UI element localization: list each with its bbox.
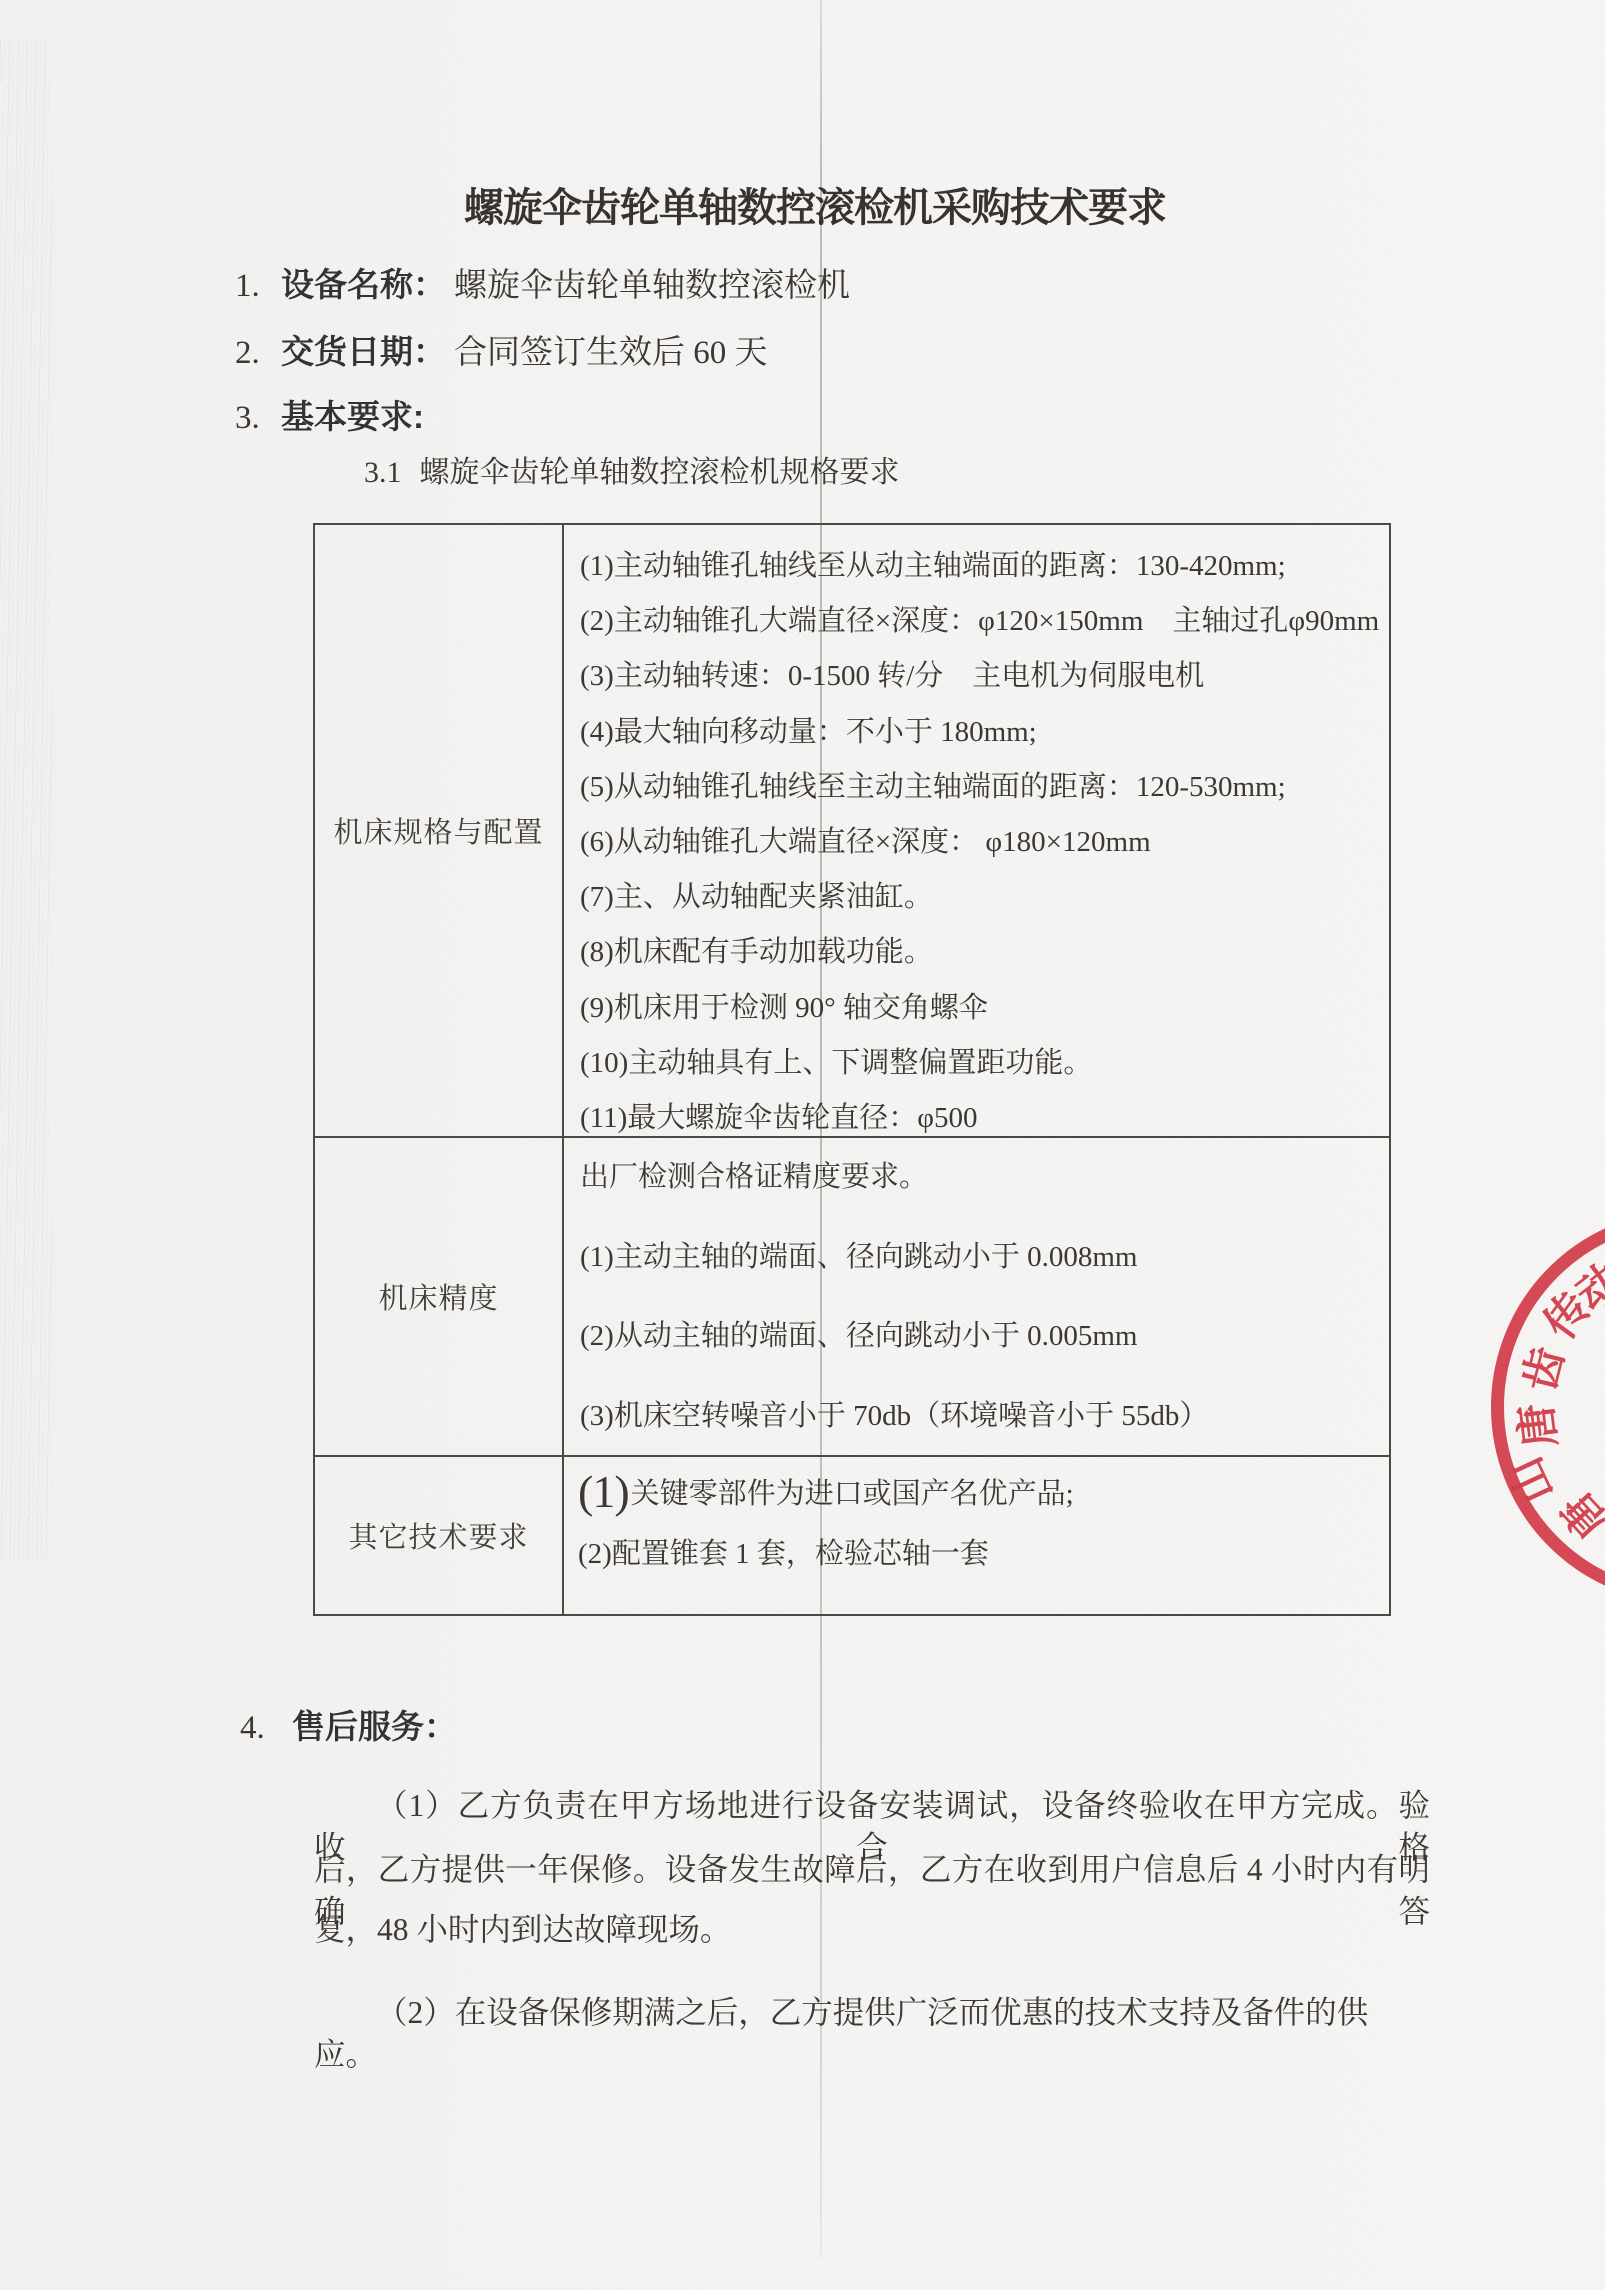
scanned-document-page: 螺旋伞齿轮单轴数控滚检机采购技术要求 1.设备名称：螺旋伞齿轮单轴数控滚检机 2… xyxy=(0,0,1605,2290)
spec-line: (2)主动轴锥孔大端直径×深度：φ120×150mm 主轴过孔φ90mm xyxy=(580,594,1379,649)
list-item-delivery-date: 2.交货日期：合同签订生效后 60 天 xyxy=(235,330,768,375)
precision-line: (2)从动主轴的端面、径向跳动小于 0.005mm xyxy=(580,1297,1379,1377)
table-row-label-machine-precision: 机床精度 xyxy=(315,1138,564,1457)
item-label: 交货日期： xyxy=(281,333,446,370)
spec-line: (3)主动轴转速：0-1500 转/分 主电机为伺服电机 xyxy=(580,649,1379,704)
item-label: 设备名称： xyxy=(281,266,446,303)
spec-table: 机床规格与配置 (1)主动轴锥孔轴线至从动主轴端面的距离：130-420mm; … xyxy=(313,523,1391,1616)
subheading-text: 螺旋伞齿轮单轴数控滚检机规格要求 xyxy=(420,456,900,489)
spec-line: (8)机床配有手动加载功能。 xyxy=(580,925,1379,980)
scan-noise-band xyxy=(0,40,52,1560)
item-number: 1. xyxy=(235,264,281,308)
spec-line: (1)主动轴锥孔轴线至从动主轴端面的距离：130-420mm; xyxy=(580,539,1379,594)
row-label-text: 其它技术要求 xyxy=(348,1515,528,1556)
precision-line: 出厂检测合格证精度要求。 xyxy=(580,1138,1379,1218)
spec-line: (7)主、从动轴配夹紧油缸。 xyxy=(580,870,1379,925)
list-item-basic-requirements: 3.基本要求: xyxy=(235,395,432,440)
table-cell-machine-spec-lines: (1)主动轴锥孔轴线至从动主轴端面的距离：130-420mm; (2)主动轴锥孔… xyxy=(564,525,1389,1138)
precision-line: (3)机床空转噪音小于 70db（环境噪音小于 55db） xyxy=(580,1377,1379,1457)
subheading-3-1: 3.1螺旋伞齿轮单轴数控滚检机规格要求 xyxy=(364,453,900,493)
spec-line: (5)从动轴锥孔轴线至主动主轴端面的距离：120-530mm; xyxy=(580,760,1379,815)
other-req-text: 关键零部件为进口或国产名优产品; xyxy=(631,1478,1074,1510)
spec-line: (4)最大轴向移动量：不小于 180mm; xyxy=(580,705,1379,760)
spec-line: (9)机床用于检测 90° 轴交角螺伞 xyxy=(580,981,1379,1036)
item-number: 2. xyxy=(235,331,281,375)
section-after-sales-heading: 4.售后服务： xyxy=(240,1705,457,1750)
spec-line: (11)最大螺旋伞齿轮直径：φ500 xyxy=(580,1091,1379,1138)
spec-line: (10)主动轴具有上、下调整偏置距功能。 xyxy=(580,1036,1379,1091)
after-sales-paragraph-line: 复，48 小时内到达故障现场。 xyxy=(314,1909,1430,1951)
company-seal-character: 唐 xyxy=(1500,1400,1569,1451)
other-req-line: (1)关键零部件为进口或国产名优产品; xyxy=(578,1461,1379,1523)
big-item-number: (1) xyxy=(578,1466,629,1517)
table-cell-other-requirements-lines: (1)关键零部件为进口或国产名优产品; (2)配置锥套 1 套，检验芯轴一套 xyxy=(564,1457,1389,1614)
item-label: 基本要求: xyxy=(281,398,424,435)
item-value: 合同签订生效后 60 天 xyxy=(454,335,768,371)
other-req-line: (2)配置锥套 1 套，检验芯轴一套 xyxy=(578,1523,1379,1585)
section-label: 售后服务： xyxy=(292,1708,457,1745)
item-value: 螺旋伞齿轮单轴数控滚检机 xyxy=(454,268,850,304)
row-label-text: 机床精度 xyxy=(378,1276,498,1317)
row-label-text: 机床规格与配置 xyxy=(333,810,543,851)
table-row-label-machine-spec: 机床规格与配置 xyxy=(315,525,564,1138)
spec-line: (6)从动轴锥孔大端直径×深度： φ180×120mm xyxy=(580,815,1379,870)
list-item-equipment-name: 1.设备名称：螺旋伞齿轮单轴数控滚检机 xyxy=(235,263,850,308)
document-title: 螺旋伞齿轮单轴数控滚检机采购技术要求 xyxy=(0,176,1605,233)
precision-line: (1)主动主轴的端面、径向跳动小于 0.008mm xyxy=(580,1218,1379,1298)
after-sales-paragraph-line: （2）在设备保修期满之后，乙方提供广泛而优惠的技术支持及备件的供应。 xyxy=(314,1992,1430,2076)
subheading-number: 3.1 xyxy=(364,456,402,489)
item-number: 3. xyxy=(235,396,281,440)
table-row-label-other-requirements: 其它技术要求 xyxy=(315,1457,564,1614)
section-number: 4. xyxy=(240,1706,292,1750)
table-cell-machine-precision-lines: 出厂检测合格证精度要求。 (1)主动主轴的端面、径向跳动小于 0.008mm (… xyxy=(564,1138,1389,1457)
